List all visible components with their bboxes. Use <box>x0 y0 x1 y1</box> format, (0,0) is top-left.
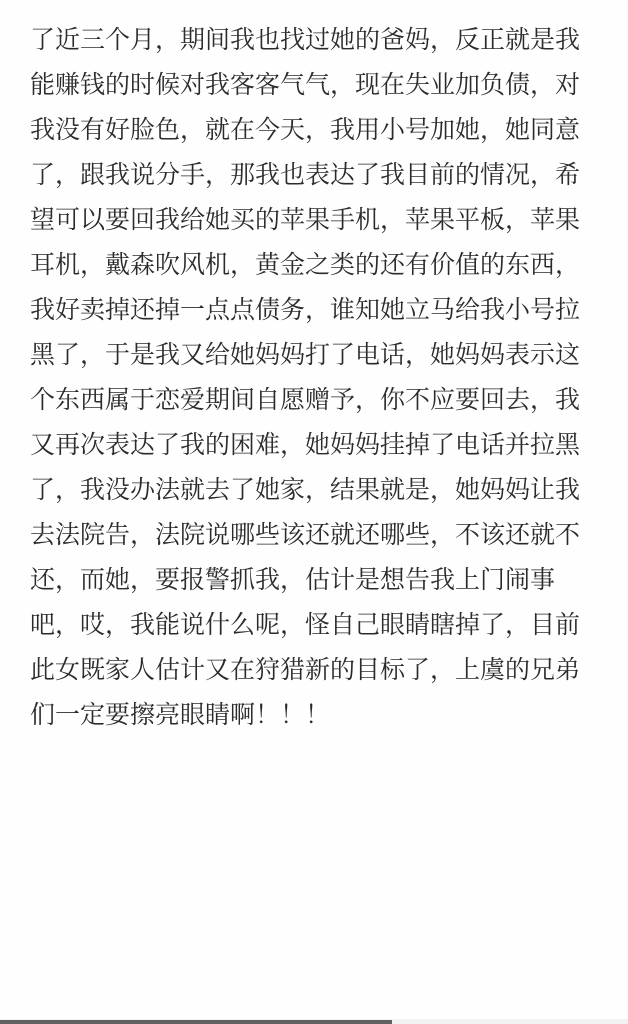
text-line: 此女既家人估计又在狩猎新的目标了，上虞的兄弟 <box>30 647 608 692</box>
text-line: 望可以要回我给她买的苹果手机，苹果平板，苹果 <box>30 197 608 242</box>
text-line: 个东西属于恋爱期间自愿赠予，你不应要回去，我 <box>30 377 608 422</box>
text-line: 了，跟我说分手，那我也表达了我目前的情况，希 <box>30 152 608 197</box>
text-line: 吧，哎，我能说什么呢，怪自己眼睛瞎掉了，目前 <box>30 602 608 647</box>
text-line: 又再次表达了我的困难，她妈妈挂掉了电话并拉黑 <box>30 422 608 467</box>
text-line: 我好卖掉还掉一点点债务，谁知她立马给我小号拉 <box>30 287 608 332</box>
video-progress-fill[interactable] <box>0 1020 392 1024</box>
text-line: 能赚钱的时候对我客客气气，现在失业加负债，对 <box>30 62 608 107</box>
text-line: 还，而她，要报警抓我，估计是想告我上门闹事 <box>30 557 608 602</box>
story-page: 了近三个月，期间我也找过她的爸妈，反正就是我能赚钱的时候对我客客气气，现在失业加… <box>0 0 628 1024</box>
text-line: 我没有好脸色，就在今天，我用小号加她，她同意 <box>30 107 608 152</box>
story-text: 了近三个月，期间我也找过她的爸妈，反正就是我能赚钱的时候对我客客气气，现在失业加… <box>30 17 608 737</box>
text-line: 耳机，戴森吹风机，黄金之类的还有价值的东西， <box>30 242 608 287</box>
text-line: 去法院告，法院说哪些该还就还哪些，不该还就不 <box>30 512 608 557</box>
text-line: 了，我没办法就去了她家，结果就是，她妈妈让我 <box>30 467 608 512</box>
text-line: 黑了，于是我又给她妈妈打了电话，她妈妈表示这 <box>30 332 608 377</box>
text-line: 了近三个月，期间我也找过她的爸妈，反正就是我 <box>30 17 608 62</box>
video-progress-track[interactable] <box>0 1019 628 1024</box>
text-line: 们一定要擦亮眼睛啊！！！ <box>30 692 608 737</box>
